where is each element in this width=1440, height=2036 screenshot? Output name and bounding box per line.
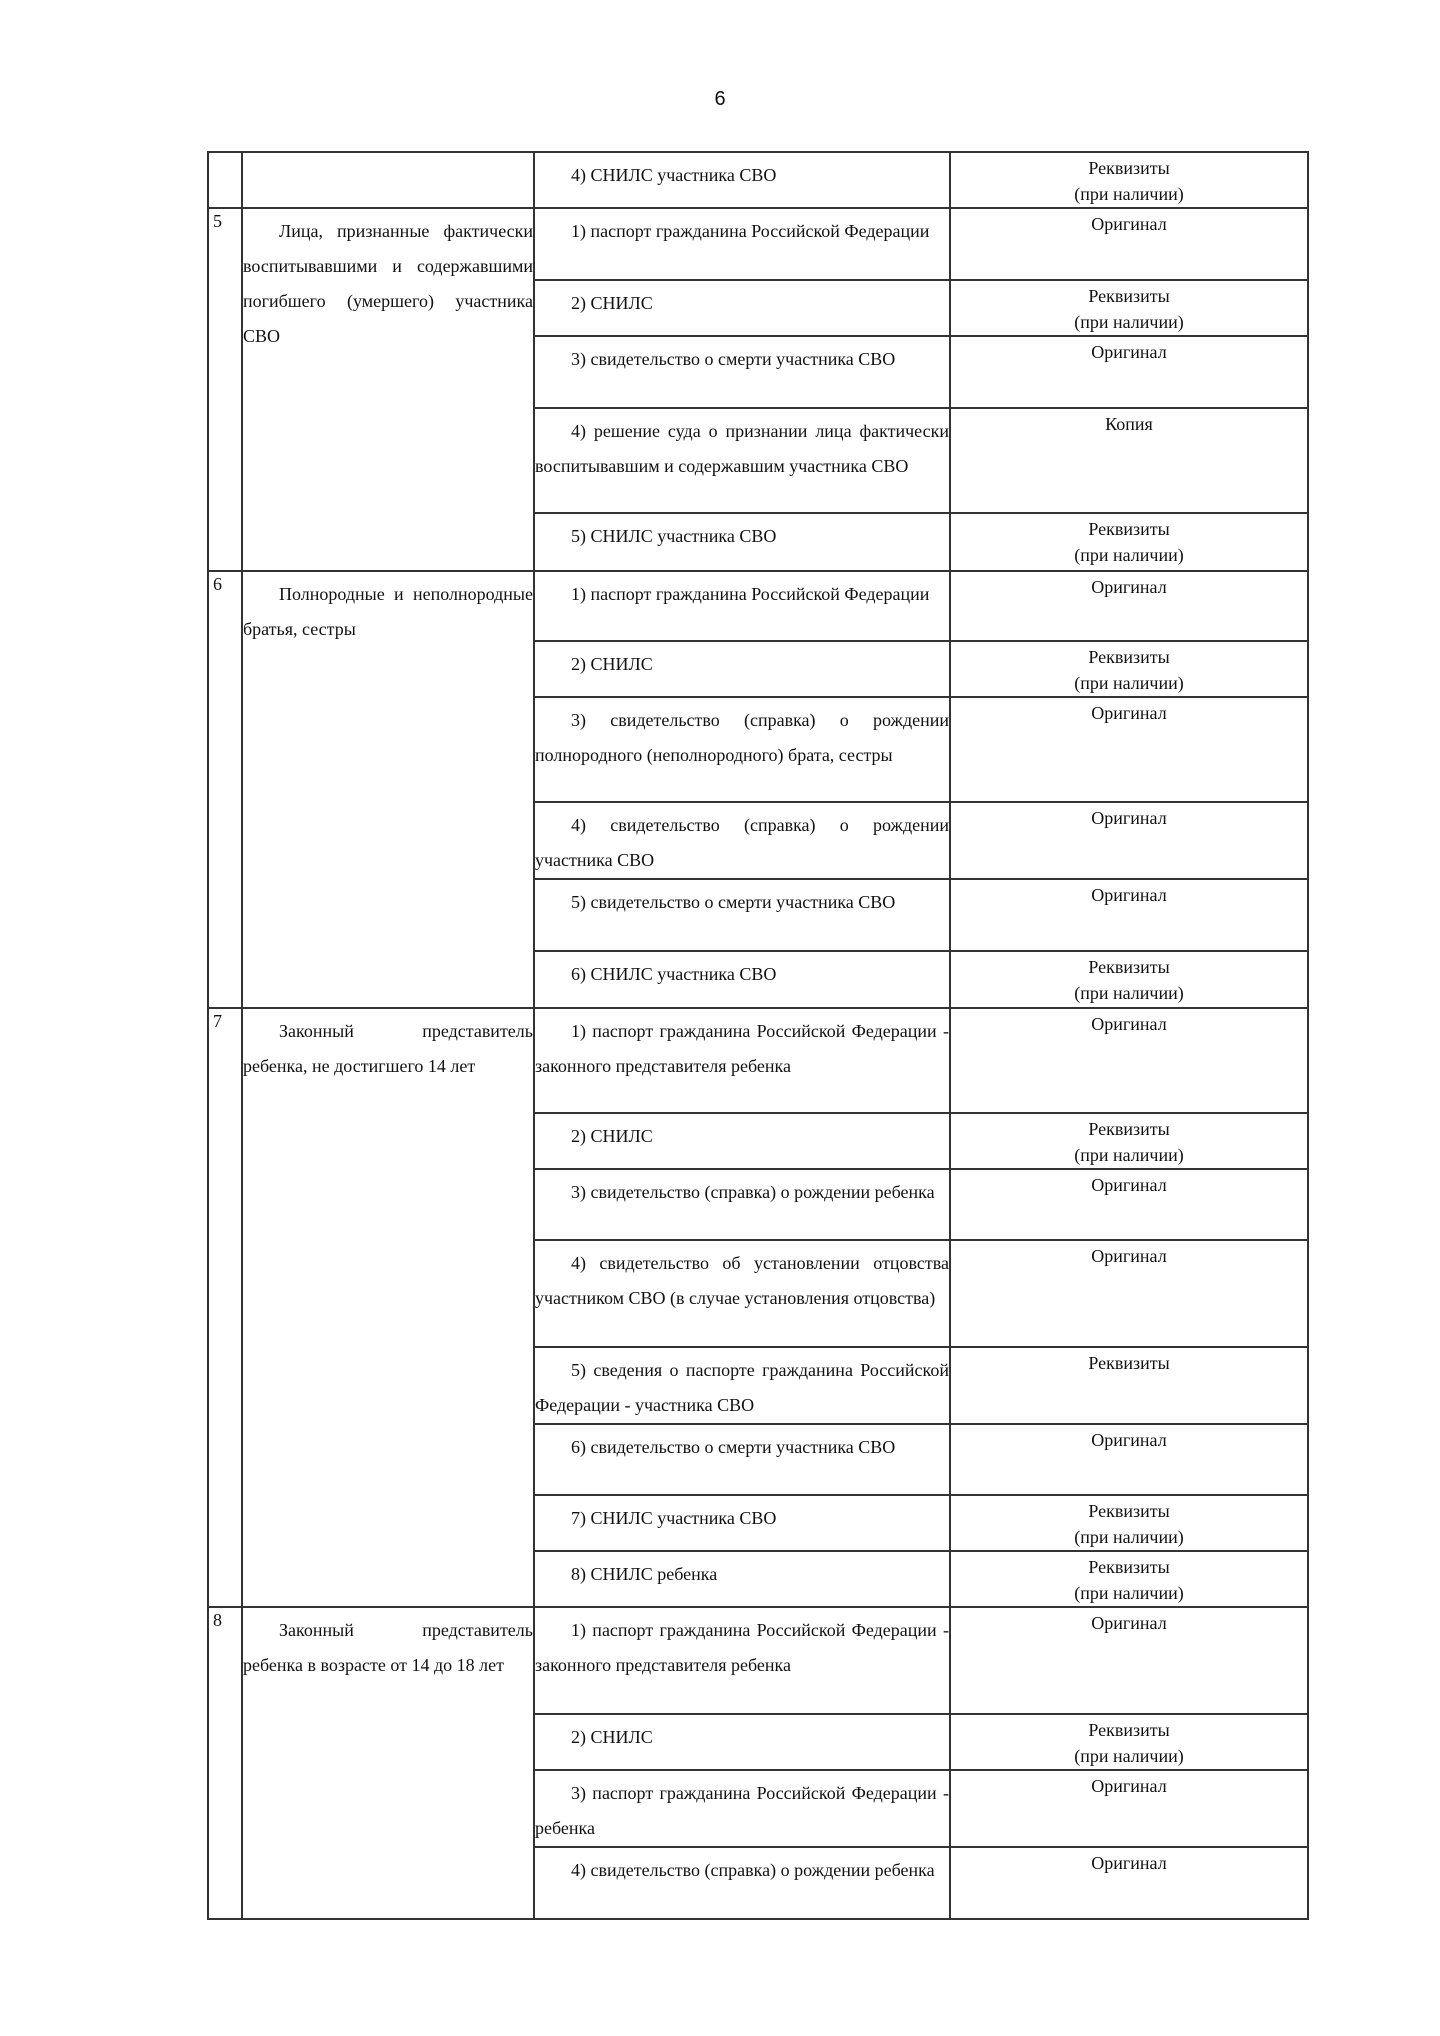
document-form-type: Оригинал bbox=[951, 574, 1307, 600]
document-name-text: 8) СНИЛС ребенка bbox=[535, 1552, 949, 1592]
document-form: Реквизиты(при наличии) bbox=[950, 1113, 1308, 1169]
document-name: 3) свидетельство о смерти участника СВО bbox=[534, 336, 950, 408]
document-form-type: Оригинал bbox=[951, 211, 1307, 237]
table-row: 5Лица, признанные фактически воспитывавш… bbox=[208, 208, 1308, 280]
document-form-type: Копия bbox=[951, 411, 1307, 437]
document-form-type: Реквизиты bbox=[951, 644, 1307, 670]
table-row: 8Законный представитель ребенка в возрас… bbox=[208, 1607, 1308, 1714]
document-form: Оригинал bbox=[950, 1169, 1308, 1240]
document-form-type: Оригинал bbox=[951, 1427, 1307, 1453]
document-form-type: Оригинал bbox=[951, 1172, 1307, 1198]
document-name-text: 3) свидетельство (справка) о рождении по… bbox=[535, 698, 949, 773]
document-form-type: Реквизиты bbox=[951, 516, 1307, 542]
document-name: 5) СНИЛС участника СВО bbox=[534, 513, 950, 571]
document-form-note: (при наличии) bbox=[951, 181, 1307, 207]
document-form: Оригинал bbox=[950, 571, 1308, 641]
document-form-type: Оригинал bbox=[951, 1610, 1307, 1636]
document-name-text: 7) СНИЛС участника СВО bbox=[535, 1496, 949, 1536]
document-name-text: 1) паспорт гражданина Российской Федерац… bbox=[535, 209, 949, 249]
document-name: 7) СНИЛС участника СВО bbox=[534, 1495, 950, 1551]
document-name: 4) свидетельство (справка) о рождении ре… bbox=[534, 1847, 950, 1919]
applicant-category-text: Законный представитель ребенка, не дости… bbox=[243, 1009, 533, 1084]
document-form: Оригинал bbox=[950, 1847, 1308, 1919]
document-form: Оригинал bbox=[950, 1770, 1308, 1847]
document-name-text: 2) СНИЛС bbox=[535, 281, 949, 321]
document-form-type: Реквизиты bbox=[951, 1350, 1307, 1376]
applicant-category-text: Полнородные и неполнородные братья, сест… bbox=[243, 572, 533, 647]
document-form: Реквизиты(при наличии) bbox=[950, 641, 1308, 697]
table-row: 6Полнородные и неполнородные братья, сес… bbox=[208, 571, 1308, 641]
applicant-category-text: Лица, признанные фактически воспитывавши… bbox=[243, 209, 533, 354]
document-name-text: 1) паспорт гражданина Российской Федерац… bbox=[535, 1009, 949, 1084]
document-form-note: (при наличии) bbox=[951, 670, 1307, 696]
document-name-text: 6) СНИЛС участника СВО bbox=[535, 952, 949, 992]
document-form-type: Оригинал bbox=[951, 1243, 1307, 1269]
document-name: 1) паспорт гражданина Российской Федерац… bbox=[534, 571, 950, 641]
document-form: Реквизиты(при наличии) bbox=[950, 1495, 1308, 1551]
document-name-text: 2) СНИЛС bbox=[535, 1715, 949, 1755]
document-form-note: (при наличии) bbox=[951, 309, 1307, 335]
document-name-text: 4) СНИЛС участника СВО bbox=[535, 153, 949, 193]
row-number: 6 bbox=[208, 571, 242, 1008]
document-form: Оригинал bbox=[950, 1008, 1308, 1113]
document-form-note: (при наличии) bbox=[951, 1142, 1307, 1168]
row-number: 5 bbox=[208, 208, 242, 571]
document-form: Оригинал bbox=[950, 697, 1308, 802]
document-form-type: Реквизиты bbox=[951, 283, 1307, 309]
document-form: Оригинал bbox=[950, 802, 1308, 879]
document-name: 1) паспорт гражданина Российской Федерац… bbox=[534, 1008, 950, 1113]
document-name: 2) СНИЛС bbox=[534, 641, 950, 697]
row-number: 8 bbox=[208, 1607, 242, 1919]
document-form-type: Оригинал bbox=[951, 1850, 1307, 1876]
table-row: 7Законный представитель ребенка, не дост… bbox=[208, 1008, 1308, 1113]
document-name-text: 4) свидетельство (справка) о рождении ре… bbox=[535, 1848, 949, 1888]
document-name: 4) решение суда о признании лица фактиче… bbox=[534, 408, 950, 513]
document-name: 6) СНИЛС участника СВО bbox=[534, 951, 950, 1008]
document-form-note: (при наличии) bbox=[951, 1524, 1307, 1550]
document-name-text: 1) паспорт гражданина Российской Федерац… bbox=[535, 572, 949, 612]
applicant-category: Полнородные и неполнородные братья, сест… bbox=[242, 571, 534, 1008]
document-form: Оригинал bbox=[950, 1607, 1308, 1714]
document-name-text: 4) свидетельство (справка) о рождении уч… bbox=[535, 803, 949, 878]
document-name-text: 6) свидетельство о смерти участника СВО bbox=[535, 1425, 949, 1465]
applicant-category: Законный представитель ребенка, не дости… bbox=[242, 1008, 534, 1607]
document-form-type: Оригинал bbox=[951, 1011, 1307, 1037]
document-name-text: 3) свидетельство о смерти участника СВО bbox=[535, 337, 949, 377]
document-name-text: 3) паспорт гражданина Российской Федерац… bbox=[535, 1771, 949, 1846]
document-form: Реквизиты(при наличии) bbox=[950, 1714, 1308, 1770]
document-form-note: (при наличии) bbox=[951, 1743, 1307, 1769]
document-form-type: Оригинал bbox=[951, 700, 1307, 726]
document-name: 2) СНИЛС bbox=[534, 280, 950, 336]
documents-table: 4) СНИЛС участника СВОРеквизиты(при нали… bbox=[207, 151, 1309, 1920]
row-number bbox=[208, 152, 242, 208]
document-name: 5) сведения о паспорте гражданина Россий… bbox=[534, 1347, 950, 1424]
document-form: Оригинал bbox=[950, 1424, 1308, 1495]
document-form: Оригинал bbox=[950, 208, 1308, 280]
document-name: 2) СНИЛС bbox=[534, 1113, 950, 1169]
document-form: Реквизиты(при наличии) bbox=[950, 951, 1308, 1008]
document-form-type: Оригинал bbox=[951, 805, 1307, 831]
document-name: 8) СНИЛС ребенка bbox=[534, 1551, 950, 1607]
document-name-text: 5) сведения о паспорте гражданина Россий… bbox=[535, 1348, 949, 1423]
document-name: 6) свидетельство о смерти участника СВО bbox=[534, 1424, 950, 1495]
applicant-category: Лица, признанные фактически воспитывавши… bbox=[242, 208, 534, 571]
document-form-type: Реквизиты bbox=[951, 1554, 1307, 1580]
row-number: 7 bbox=[208, 1008, 242, 1607]
document-form: Оригинал bbox=[950, 879, 1308, 951]
document-name: 1) паспорт гражданина Российской Федерац… bbox=[534, 208, 950, 280]
document-name: 3) свидетельство (справка) о рождении по… bbox=[534, 697, 950, 802]
document-name-text: 4) решение суда о признании лица фактиче… bbox=[535, 409, 949, 484]
document-name-text: 5) свидетельство о смерти участника СВО bbox=[535, 880, 949, 920]
document-form: Реквизиты(при наличии) bbox=[950, 280, 1308, 336]
document-form-note: (при наличии) bbox=[951, 1580, 1307, 1606]
document-form-type: Реквизиты bbox=[951, 1116, 1307, 1142]
document-form-note: (при наличии) bbox=[951, 542, 1307, 568]
document-name: 4) свидетельство (справка) о рождении уч… bbox=[534, 802, 950, 879]
applicant-category bbox=[242, 152, 534, 208]
applicant-category: Законный представитель ребенка в возраст… bbox=[242, 1607, 534, 1919]
table-row: 4) СНИЛС участника СВОРеквизиты(при нали… bbox=[208, 152, 1308, 208]
document-name: 4) СНИЛС участника СВО bbox=[534, 152, 950, 208]
applicant-category-text: Законный представитель ребенка в возраст… bbox=[243, 1608, 533, 1683]
document-name-text: 2) СНИЛС bbox=[535, 1114, 949, 1154]
document-name-text: 5) СНИЛС участника СВО bbox=[535, 514, 949, 554]
document-form-note: (при наличии) bbox=[951, 980, 1307, 1006]
document-name: 3) свидетельство (справка) о рождении ре… bbox=[534, 1169, 950, 1240]
document-name: 3) паспорт гражданина Российской Федерац… bbox=[534, 1770, 950, 1847]
document-form-type: Реквизиты bbox=[951, 954, 1307, 980]
document-name-text: 3) свидетельство (справка) о рождении ре… bbox=[535, 1170, 949, 1210]
document-form-type: Реквизиты bbox=[951, 1717, 1307, 1743]
document-name: 5) свидетельство о смерти участника СВО bbox=[534, 879, 950, 951]
document-name: 1) паспорт гражданина Российской Федерац… bbox=[534, 1607, 950, 1714]
document-name: 2) СНИЛС bbox=[534, 1714, 950, 1770]
document-name-text: 1) паспорт гражданина Российской Федерац… bbox=[535, 1608, 949, 1683]
document-name: 4) свидетельство об установлении отцовст… bbox=[534, 1240, 950, 1347]
page-number: 6 bbox=[0, 88, 1440, 111]
applicant-category-text bbox=[243, 153, 533, 158]
document-form-type: Реквизиты bbox=[951, 155, 1307, 181]
document-form: Реквизиты(при наличии) bbox=[950, 1551, 1308, 1607]
document-form-type: Оригинал bbox=[951, 339, 1307, 365]
document-name-text: 4) свидетельство об установлении отцовст… bbox=[535, 1241, 949, 1316]
document-form: Реквизиты bbox=[950, 1347, 1308, 1424]
document-name-text: 2) СНИЛС bbox=[535, 642, 949, 682]
document-form-type: Реквизиты bbox=[951, 1498, 1307, 1524]
document-form: Реквизиты(при наличии) bbox=[950, 152, 1308, 208]
document-form: Реквизиты(при наличии) bbox=[950, 513, 1308, 571]
document-form: Копия bbox=[950, 408, 1308, 513]
document-form-type: Оригинал bbox=[951, 1773, 1307, 1799]
document-form: Оригинал bbox=[950, 336, 1308, 408]
document-form: Оригинал bbox=[950, 1240, 1308, 1347]
document-form-type: Оригинал bbox=[951, 882, 1307, 908]
